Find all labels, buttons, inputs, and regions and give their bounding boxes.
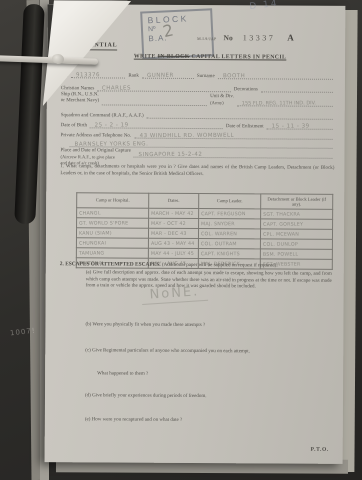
pto-footer: P.T.O. xyxy=(311,447,329,453)
enlistment-field: 15 - 11 - 39 xyxy=(267,121,333,129)
camp-value: CHANGI, xyxy=(79,211,146,216)
question-1-text: 1. What camps, detachments or hospitals … xyxy=(60,164,334,179)
ref-no-label: No xyxy=(224,33,233,42)
dates-value: MAR - DEC 43 xyxy=(151,232,196,237)
decorations-label: Decorations xyxy=(234,87,258,92)
form-row-squadron: Squadron and Command (R.A.F., A.A.F.) xyxy=(61,110,336,120)
leader-value: CAPT. KNIGHTS xyxy=(201,252,258,257)
block-leader-value: CPL. MCEWAN xyxy=(263,233,330,238)
handwritten-answer-none: NoNE. xyxy=(141,284,208,305)
unit-label: Unit & Div. (Army) xyxy=(210,94,234,106)
christian-names-value: CHARLES xyxy=(102,85,131,91)
christian-names-field: CHARLES xyxy=(97,83,230,92)
question-2c-text: (c) Give Regimental particulars of anyon… xyxy=(85,348,333,356)
rank-field: GUNNER xyxy=(142,71,194,79)
block-leader-value: BSM. POWELL xyxy=(263,253,330,258)
unit-value: 155 FLD. REG. 11TH IND. DIV. xyxy=(242,100,316,106)
col-dates: Dates. xyxy=(149,193,199,208)
dates-value: AUG 43 - MAY 44 xyxy=(151,242,196,247)
dob-value: 25 - 2 - 19 xyxy=(95,122,129,128)
question-2c2-text: What happened to them ? xyxy=(97,371,333,379)
surname-label: Surname xyxy=(197,74,215,79)
capture-value: SINGAPORE 15-2-42 xyxy=(139,152,203,158)
ref-number: 13337 xyxy=(243,33,276,42)
address-value: 43 WINDHILL RD. WOMBWELL xyxy=(139,133,234,139)
decorations-field xyxy=(261,84,333,92)
ship-label: Ship (R.N., U.S.N. or Merchant Navy) xyxy=(61,92,99,105)
form-row-dates: Date of Birth 25 - 2 - 19 Date of Enlist… xyxy=(61,120,336,130)
block-leader-value: SGT. THACKRA xyxy=(263,213,330,218)
address-field: 43 WINDHILL RD. WOMBWELL xyxy=(134,131,333,140)
form-row-address: Private Address and Telephone No. 43 WIN… xyxy=(61,130,336,140)
fill-in-instruction: WRITE IN BLOCK CAPITAL LETTERS IN PENCIL xyxy=(83,53,337,61)
dates-value: MAY - OCT 42 xyxy=(151,222,196,227)
camp-value: TAMUANG xyxy=(79,251,146,256)
block-leader-value: COL. DUNLOP xyxy=(263,243,330,248)
dates-value: MAY 44 - JULY 45 xyxy=(151,252,196,257)
question-2d-text: (d) Give briefly your experiences during… xyxy=(85,393,333,401)
dob-label: Date of Birth xyxy=(61,123,87,128)
no-field: 913376 xyxy=(71,70,125,78)
unit-field: 155 FLD. REG. 11TH IND. DIV. xyxy=(237,98,333,107)
col-camp-leader: Camp Leader. xyxy=(199,194,261,209)
ref-prefix: M.I.9/JAP xyxy=(197,36,216,41)
rank-label: Rank xyxy=(128,74,139,79)
leader-value: COL. OUTRAM xyxy=(201,242,258,247)
question-2-note: (Additional paper will be supplied on re… xyxy=(161,263,278,269)
document-page: CONFIDENTIAL BLOCK Nº 2 B.A. M.I.9/JAP N… xyxy=(45,4,346,464)
squadron-field xyxy=(147,111,333,120)
instruction-post: CAPITAL LETTERS IN PENCIL xyxy=(190,54,287,61)
camps-table-header-row: Camp or Hospital. Dates. Camp Leader. De… xyxy=(77,193,333,210)
form-row-address-2: BARNSLEY YORKS ENG. xyxy=(67,139,336,149)
christian-names-label: Christian Names xyxy=(61,86,94,91)
block-leader-value: CAPT. GORSLEY xyxy=(263,223,330,228)
squadron-label: Squadron and Command (R.A.F., A.A.F.) xyxy=(61,113,144,119)
enlistment-value: 15 - 11 - 39 xyxy=(272,123,310,129)
no-value: 913376 xyxy=(76,72,100,78)
question-2a-text: (a) Give full description and approx. da… xyxy=(86,270,332,291)
rank-value: GUNNER xyxy=(147,73,174,79)
form-row-ship-unit: Ship (R.N., U.S.N. or Merchant Navy) Uni… xyxy=(61,92,336,106)
surname-value: BOOTH xyxy=(223,73,245,79)
col-block-leader: Detachment or Block Leader (if any). xyxy=(261,194,333,209)
camp-value: CHUNGKAI xyxy=(79,241,146,246)
address-field-line2: BARNSLEY YORKS ENG. xyxy=(70,139,333,149)
surname-field: BOOTH xyxy=(218,71,333,80)
camp-value: KANU (SIAM) xyxy=(79,231,146,236)
instruction-pre: WRITE xyxy=(134,54,158,60)
form-row-names: Christian Names CHARLES Decorations xyxy=(61,83,336,93)
leader-value: MAJ. SNYDER xyxy=(201,222,258,227)
address-label: Private Address and Telephone No. xyxy=(61,133,132,138)
camps-table: Camp or Hospital. Dates. Camp Leader. De… xyxy=(76,192,333,270)
reference-number-line: M.I.9/JAP No 13337 A xyxy=(197,32,294,43)
enlistment-label: Date of Enlistment xyxy=(226,124,264,129)
address-value-2: BARNSLEY YORKS ENG. xyxy=(75,141,149,147)
ship-field xyxy=(102,97,207,106)
col-camp-or-hospital: Camp or Hospital. xyxy=(77,193,149,208)
leader-value: COL. WARREN xyxy=(201,232,258,237)
question-2b-text: (b) Were you physically fit when you mad… xyxy=(85,322,333,330)
form-row-identity: No. 913376 Rank GUNNER Surname BOOTH xyxy=(61,70,336,80)
ref-letter: A xyxy=(287,33,294,43)
scanned-document-photo: 1007! CONFIDENTIAL BLOCK Nº 2 B.A. M.I.9… xyxy=(0,0,362,480)
capture-field: SINGAPORE 15-2-42 xyxy=(134,150,333,159)
camp-value: GT. WORLD S'PORE xyxy=(79,221,146,226)
dates-value: MARCH - MAY 42 xyxy=(151,212,196,217)
dob-field: 25 - 2 - 19 xyxy=(90,120,223,129)
corner-pencil-note: D 14 xyxy=(249,0,279,12)
question-2e-text: (e) How were you recaptured and on what … xyxy=(85,417,333,425)
leader-value: CAPT. FERGUSON xyxy=(201,212,258,217)
instruction-struck: IN BLOCK xyxy=(158,54,190,60)
